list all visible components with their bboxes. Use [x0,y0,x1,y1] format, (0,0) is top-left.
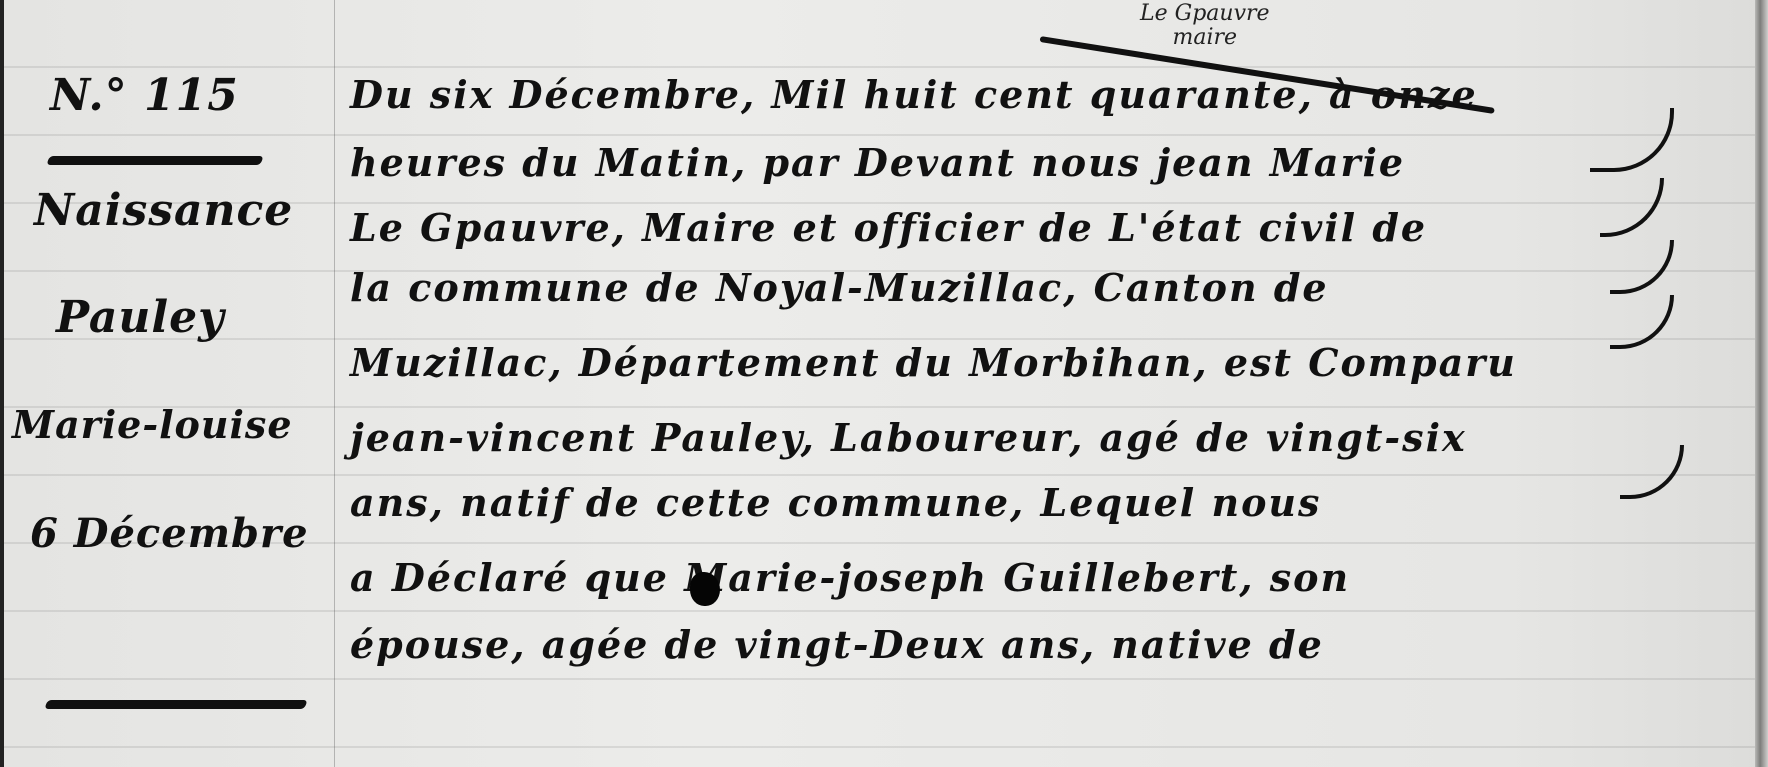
act-type: Naissance [34,185,293,236]
mayor-signature: Le Gpauvre maire [1140,2,1270,50]
signature-name: Le Gpauvre [1140,2,1270,26]
ink-blot [690,572,720,606]
child-surname: Pauley [56,292,225,343]
body-line-2: heures du Matin, par Devant nous jean Ma… [350,140,1405,185]
signature-title: maire [1140,26,1270,50]
line-end-flourish [1610,240,1674,294]
binding-edge [1755,0,1768,767]
birth-date: 6 Décembre [30,510,309,557]
register-page: Le Gpauvre maire N.° 115 Naissance Paule… [0,0,1768,767]
margin-divider-top [46,156,263,165]
page-edge-shadow [0,0,4,767]
line-end-flourish [1600,178,1664,237]
body-line-5: Muzillac, Département du Morbihan, est C… [350,340,1517,385]
body-line-4: la commune de Noyal-Muzillac, Canton de [350,265,1329,310]
margin-divider-bottom [44,700,307,709]
margin-rule-line [334,0,335,767]
line-end-flourish [1590,108,1674,172]
body-line-1: Du six Décembre, Mil huit cent quarante,… [350,72,1478,117]
child-given-names: Marie-louise [12,402,293,447]
entry-number: N.° 115 [50,70,239,121]
body-line-9: épouse, agée de vingt-Deux ans, native d… [350,622,1324,667]
body-line-3: Le Gpauvre, Maire et officier de L'état … [350,205,1427,250]
body-line-8: a Déclaré que Marie-joseph Guillebert, s… [350,555,1350,600]
body-line-6: jean-vincent Pauley, Laboureur, agé de v… [350,415,1467,460]
line-end-flourish [1620,445,1684,499]
body-line-7: ans, natif de cette commune, Lequel nous [350,480,1321,525]
line-end-flourish [1610,295,1674,349]
